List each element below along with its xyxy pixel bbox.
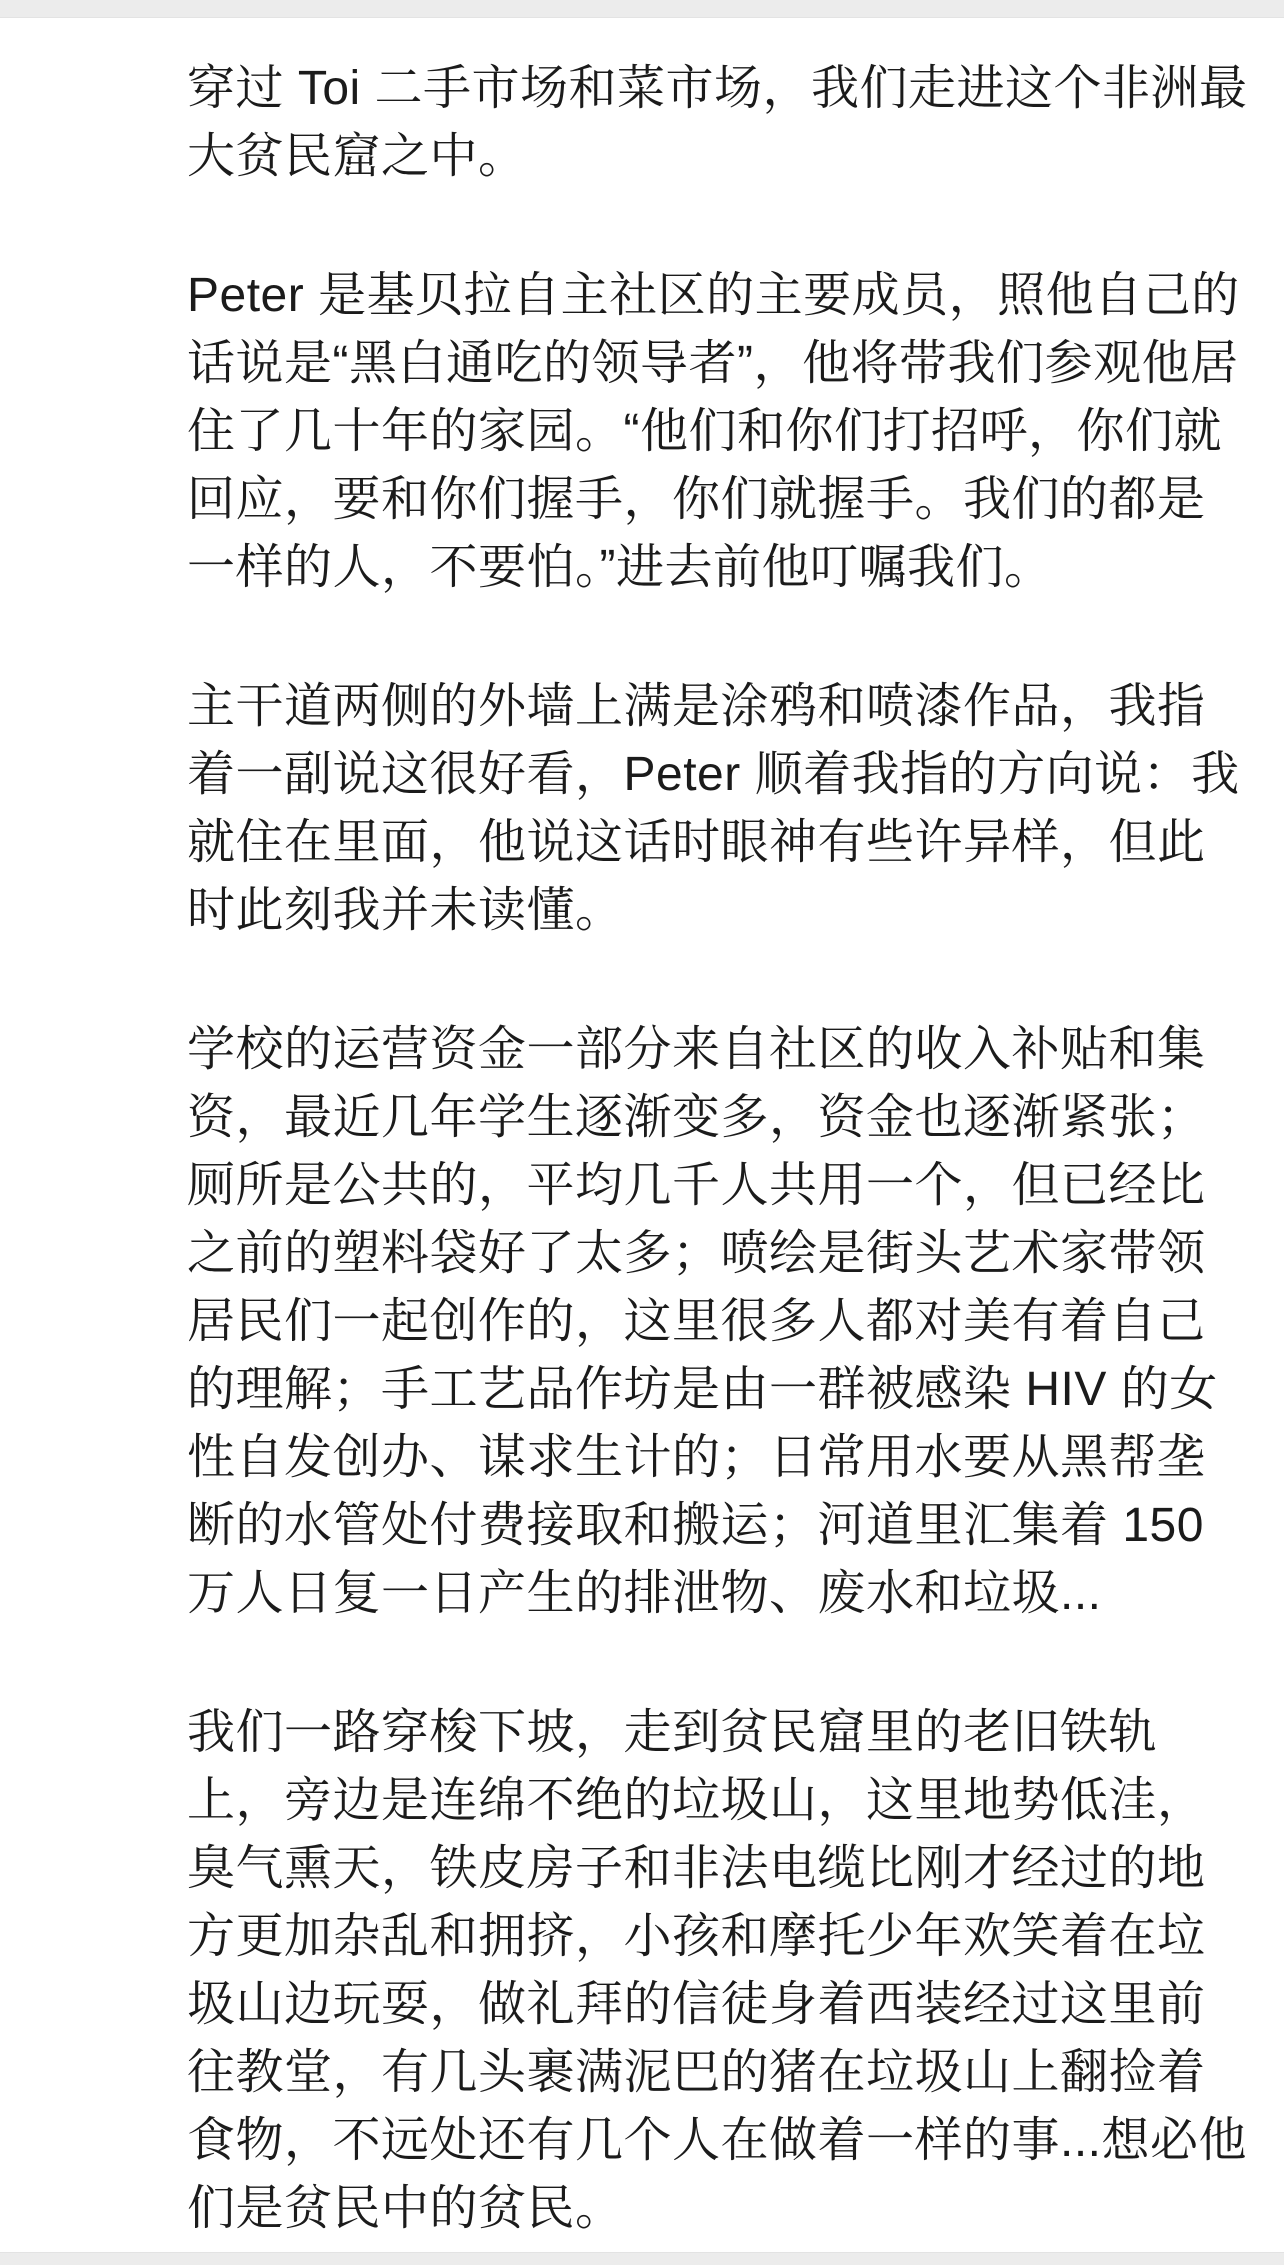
paragraph-railway-walk: 我们一路穿梭下坡，走到贫民窟里的老旧铁轨上，旁边是连绵不绝的垃圾山，这里地势低洼…	[187, 1699, 1249, 2243]
paragraph-market-entry: 穿过 Toi 二手市场和菜市场，我们走进这个非洲最大贫民窟之中。	[187, 55, 1249, 191]
paragraph-community-life: 学校的运营资金一部分来自社区的收入补贴和集资，最近几年学生逐渐变多，资金也逐渐紧…	[187, 1016, 1249, 1628]
paragraph-peter-intro: Peter 是基贝拉自主社区的主要成员，照他自己的话说是“黑白通吃的领导者”，他…	[187, 262, 1249, 602]
article-body: 穿过 Toi 二手市场和菜市场，我们走进这个非洲最大贫民窟之中。 Peter 是…	[187, 18, 1249, 2243]
paragraph-graffiti-wall: 主干道两侧的外墙上满是涂鸦和喷漆作品，我指着一副说这很好看，Peter 顺着我指…	[187, 673, 1249, 945]
bottom-edge-strip	[0, 2252, 1284, 2265]
top-edge-strip	[0, 0, 1284, 18]
